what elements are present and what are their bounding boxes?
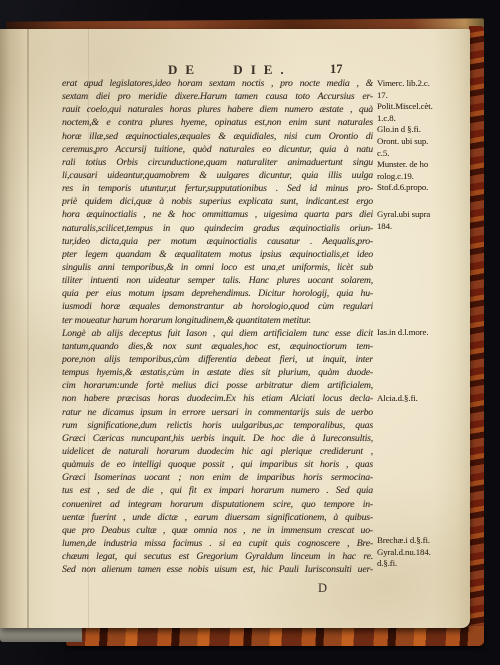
text-line: ratur ne dicamus ipsum in errore uersari… <box>62 406 373 419</box>
margin-note-group: Alcia.d.§.fi. <box>377 393 469 405</box>
margin-note-line: Alcia.d.§.fi. <box>377 393 469 405</box>
margin-note-group: Vimerc. lib.2.c.17.Polit.Miscel.cèt.1.c.… <box>377 78 469 194</box>
text-line: quia per eius motum ipsam deprehendimus.… <box>62 287 373 300</box>
text-line: Longè ab alijs deceptus fuit Iason , qui… <box>62 327 373 340</box>
photo-background: DE DIE. 17 erat apud legislatores,ideo h… <box>0 0 500 665</box>
margin-note-line: Oront. ubi sup. <box>377 136 469 148</box>
text-line: hora æquinoctialis , ne & hoc ommittamus… <box>62 208 373 221</box>
text-line: pore,non alijs temporibus,cùm differenti… <box>62 353 373 366</box>
margin-note-line: rolog.c.19. <box>377 171 469 183</box>
text-line: tur,ideo dicta,quia per motum æquinoctia… <box>62 235 373 248</box>
margin-note-group: Brechæ.i d.§.fi.Gyral.d.nu.184.d.§.fi. <box>377 535 469 570</box>
margin-note-line: Munster. de ho <box>377 159 469 171</box>
margin-note-group: Gyral.ubi supra184. <box>377 209 469 232</box>
text-line: chæum legat, qui secutus est Gregorium G… <box>62 550 373 563</box>
text-line: Græci Cæricas nuncupant,his uerbis inqui… <box>62 432 373 445</box>
text-line: naturalis,scilicet,tempus in quo quindec… <box>62 222 373 235</box>
margin-note-line: 17. <box>377 90 469 102</box>
text-line: tantum,quando dies,& nox sunt æquales,ho… <box>62 340 373 353</box>
margin-note-line: 1.c.8. <box>377 113 469 125</box>
text-line: priè quidem dici,quæ à nobis superius ex… <box>62 195 373 208</box>
margin-note-line: Ias.in d.l.more. <box>377 327 469 339</box>
margin-note-group: Ias.in d.l.more. <box>377 327 469 339</box>
text-line: cim horarum:unde fortè melius dici posse… <box>62 379 373 392</box>
book-cover-bottom-edge <box>66 626 484 646</box>
text-line: tus est , sed de die , qui fit ex impari… <box>62 484 373 497</box>
text-line: uidelicet de naturali horarum duodecim h… <box>62 445 373 458</box>
text-line: quàmuis de eo intelligi quoque possit , … <box>62 458 373 471</box>
book-page: DE DIE. 17 erat apud legislatores,ideo h… <box>0 29 470 628</box>
text-line: tempus hyemis,& æstatis,cùm in æstate di… <box>62 366 373 379</box>
text-line: pter legem quandam & æqualitatem motus i… <box>62 248 373 261</box>
margin-note-line: c.5. <box>377 148 469 160</box>
text-line: noctem,& e contra plures hyeme, opinatus… <box>62 116 373 129</box>
margin-note-line: Brechæ.i d.§.fi. <box>377 535 469 547</box>
text-line: rali totius Orbis circunductione,quam na… <box>62 156 373 169</box>
page-number: 17 <box>330 62 343 77</box>
margin-notes-column: Vimerc. lib.2.c.17.Polit.Miscel.cèt.1.c.… <box>377 29 469 628</box>
text-line: Græci Isomerinas uocant ; non enim de im… <box>62 471 373 484</box>
margin-note-line: d.§.fi. <box>377 558 469 570</box>
margin-note-line: Gyral.ubi supra <box>377 209 469 221</box>
running-header-title: DE DIE. <box>168 62 292 78</box>
text-line: iusmodi horæ æquales demonstrantur ab ho… <box>62 300 373 313</box>
body-text-block: erat apud legislatores,ideo horam sextam… <box>62 77 373 576</box>
text-line: lumen,de industria missa facimus . si ea… <box>62 537 373 550</box>
margin-note-line: Gyral.d.nu.184. <box>377 547 469 559</box>
gutter-crease <box>27 29 29 628</box>
text-line: li,causari uideantur,quamobrem & uulgare… <box>62 169 373 182</box>
text-line: uentæ fuerint , unde dictæ , earum diuer… <box>62 511 373 524</box>
margin-note-line: Polit.Miscel.cèt. <box>377 101 469 113</box>
margin-note-line: Stof.d.6.propo. <box>377 182 469 194</box>
text-line: Sed non alienum tamen esse nobis uisum e… <box>62 563 373 576</box>
margin-note-line: 184. <box>377 221 469 233</box>
book-cover-right-edge <box>469 26 484 646</box>
text-line: sextam diei pro meridie dixere.Harum tam… <box>62 90 373 103</box>
text-line: ceremus,pro Accursij tuitione, quòd natu… <box>62 143 373 156</box>
text-line: conueniret ad integram horarum disputati… <box>62 498 373 511</box>
text-line: que pro Deabus cultæ , quæ omnia nos , n… <box>62 524 373 537</box>
text-line: res in temporis utuntur,ut fertur,supput… <box>62 182 373 195</box>
text-line: non habere præcisas horas duodecim.Ex hi… <box>62 392 373 405</box>
text-line: horæ illæ,sed æquinoctiales,æquales & æq… <box>62 130 373 143</box>
margin-note-line: Vimerc. lib.2.c. <box>377 78 469 90</box>
text-line: erat apud legislatores,ideo horam sextam… <box>62 77 373 90</box>
text-line: ter moueatur harum horarum longitudinem,… <box>62 314 373 327</box>
text-line: rum significatione,dum relictis horis uu… <box>62 419 373 432</box>
text-line: tiliter intuenti non uideatur semper tal… <box>62 274 373 287</box>
signature-mark: D <box>318 581 327 596</box>
margin-note-line: Glo.in d §.fi. <box>377 124 469 136</box>
text-line: rauit coelo,qui naturales horas plures h… <box>62 103 373 116</box>
text-line: singulis anni temporibus,& in omni loco … <box>62 261 373 274</box>
